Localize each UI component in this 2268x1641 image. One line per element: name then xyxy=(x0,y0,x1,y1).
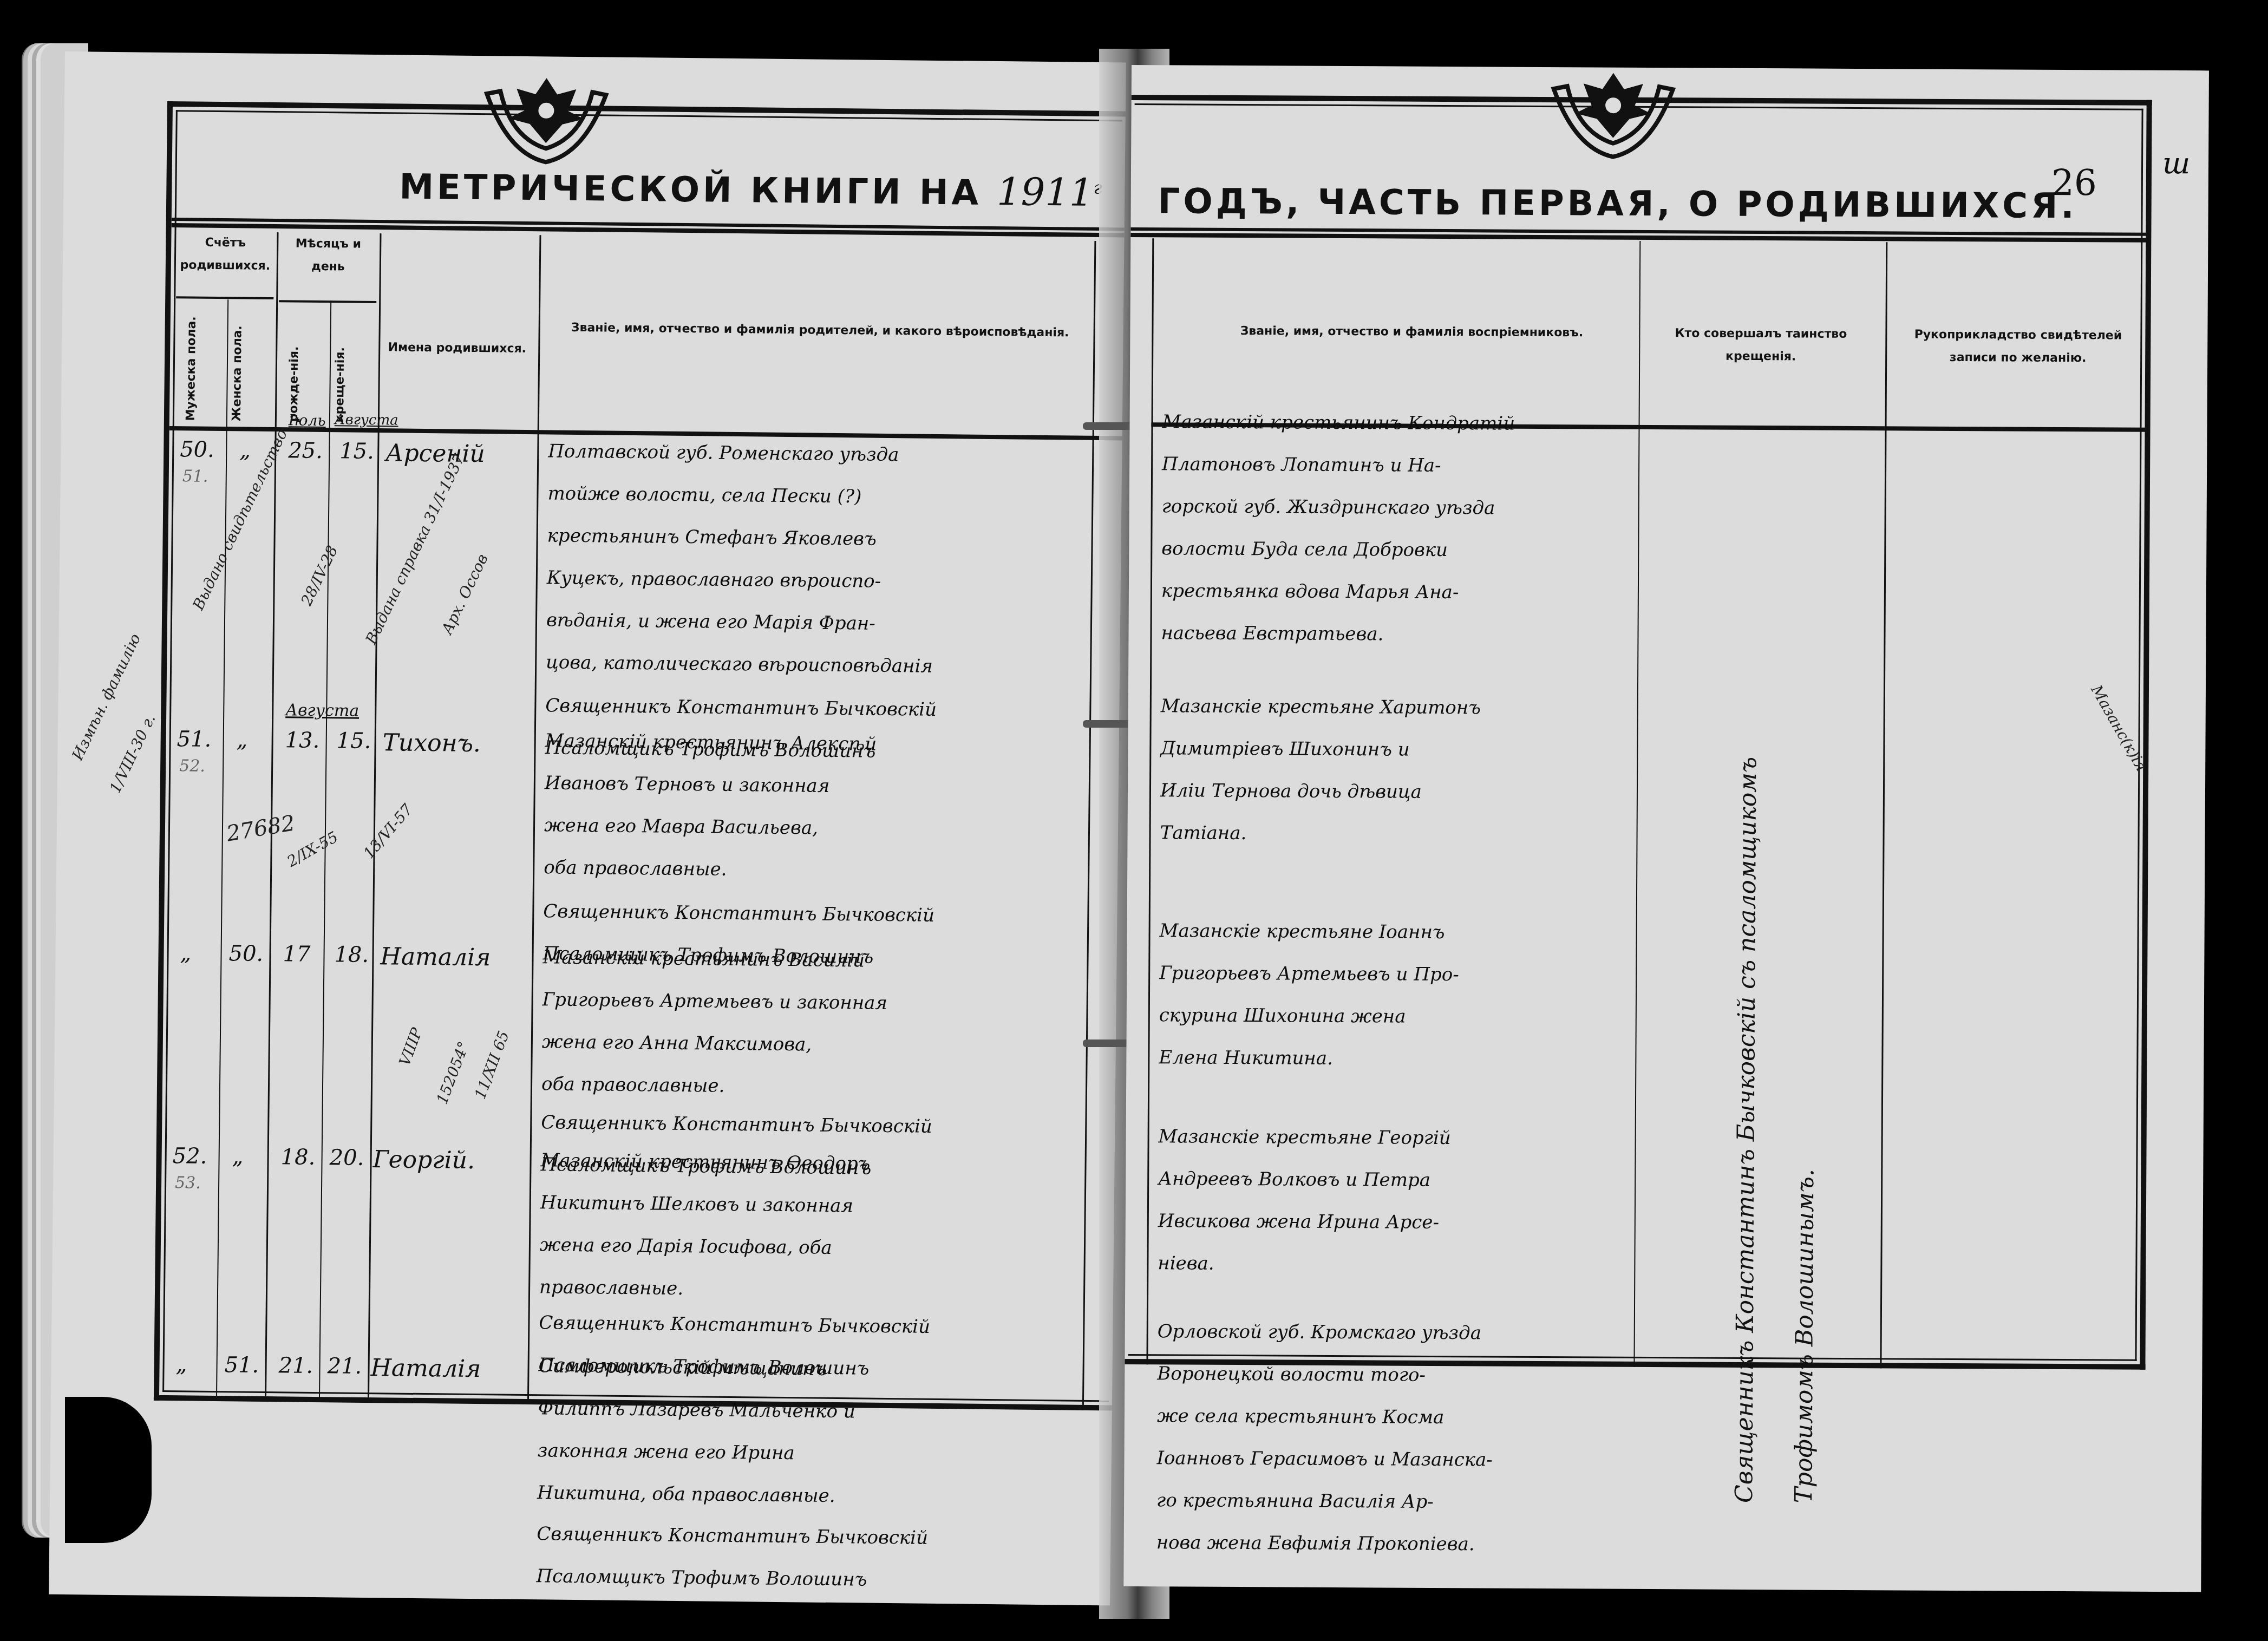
register-entry: 52. 53. „ 18. 20. Георгій. Мазанскій кре… xyxy=(65,51,1126,63)
male-number: 51. xyxy=(177,727,211,752)
child-name: Арсеній xyxy=(385,439,485,468)
parents-text: Полтавской губ. Роменскаго уѣзда тойже в… xyxy=(546,430,1090,689)
register-entry: 50. 51. „ 25. 15. Арсеній Полтавской губ… xyxy=(65,51,1126,63)
godparents-text: Мазанскіе крестьяне Георгій Андреевъ Вол… xyxy=(1158,1115,1630,1287)
parents-text: Мазанскій крестьянинъ Алексѣй Ивановъ Те… xyxy=(544,720,1087,894)
col-header-female: Женска пола. xyxy=(229,308,273,422)
male-number: 50. xyxy=(180,437,214,462)
left-page: МЕТРИЧЕСКОЙ КНИГИ НА 1911г Счётъ родивши… xyxy=(49,51,1126,1605)
godparents-text: Мазанскіе крестьяне Харитонъ Димитріевъ … xyxy=(1160,685,1632,857)
birth-day: 25. xyxy=(288,438,323,463)
baptism-day: 20. xyxy=(329,1145,364,1171)
register-entry: „ 51. 21. 21. Наталія Симферопольскій мѣ… xyxy=(65,51,1126,63)
printer-emblem-left xyxy=(475,72,617,166)
baptism-day: 15. xyxy=(339,439,374,464)
parents-text: Мазанскій крестьянинъ Василій Григорьевъ… xyxy=(541,936,1084,1110)
birth-day: 17 xyxy=(283,942,310,967)
printer-emblem-right xyxy=(1542,67,1684,160)
col-header-baptism: креще-нія. xyxy=(332,314,376,423)
month-baptism-1: Августа xyxy=(335,411,398,428)
col-header-date-group: Мѣсяцъ и день xyxy=(279,232,377,278)
month-birth-1: Іюль xyxy=(289,411,326,429)
female-number: 51. xyxy=(224,1352,259,1378)
female-number: „ xyxy=(232,1144,243,1169)
female-number: „ xyxy=(239,437,251,462)
parents-text: Симферопольскій мѣщанинъ Филиппъ Лазарев… xyxy=(537,1345,1080,1519)
godparents-text: Орловской губ. Кромскаго уѣзда Воронецко… xyxy=(1156,1310,1629,1566)
title-year: 1911 xyxy=(997,169,1094,215)
birth-day: 21. xyxy=(278,1353,313,1378)
performer-line-2: Трофимомъ Волошинымъ. xyxy=(1790,1016,1820,1503)
col-header-count-group: Счётъ родившихся. xyxy=(177,231,274,277)
baptism-day: 18. xyxy=(334,942,369,967)
male-number-correction: 53. xyxy=(175,1173,201,1192)
performer-line-1: Священникъ Константинъ Бычковскій съ пса… xyxy=(1730,447,1763,1503)
female-number: „ xyxy=(236,727,247,752)
col-header-godparents: Званіе, имя, отчество и фамилія воспріем… xyxy=(1195,320,1628,345)
col-header-birth: рожде-нія. xyxy=(286,313,330,422)
register-entry: 51. 52. „ 13. 15. Тихонъ. Мазанскій крес… xyxy=(65,51,1126,63)
col-header-performer: Кто совершалъ таинство крещенія. xyxy=(1644,322,1877,369)
page-title-right: ГОДЪ, ЧАСТЬ ПЕРВАЯ, О РОДИВШИХСЯ. xyxy=(1158,181,2077,226)
col-header-witnesses: Рукоприкладство свидѣтелей записи по жел… xyxy=(1893,323,2142,370)
page-title-left: МЕТРИЧЕСКОЙ КНИГИ НА 1911г xyxy=(399,163,1102,215)
clergy-text: Священникъ Константинъ Бычковскій Псалом… xyxy=(536,1513,1079,1603)
right-page: ГОДЪ, ЧАСТЬ ПЕРВАЯ, О РОДИВШИХСЯ. 26 ш З… xyxy=(1123,65,2209,1592)
month-birth-2: Августа xyxy=(285,701,359,720)
child-name: Наталія xyxy=(370,1354,481,1383)
parents-text: Мазанскій крестьянинъ Ѳеодоръ Никитинъ Ш… xyxy=(539,1139,1082,1313)
margin-note: 1/VIII-30 г. xyxy=(106,711,159,796)
col-header-names: Имена родившихся. xyxy=(381,336,533,361)
godparents-text: Мазанскіе крестьяне Іоаннъ Григорьевъ Ар… xyxy=(1159,910,1631,1081)
child-name: Тихонъ. xyxy=(382,729,481,757)
male-number: „ xyxy=(175,1352,187,1377)
double-headed-eagle-icon xyxy=(475,72,617,166)
male-number-correction: 52. xyxy=(179,756,205,775)
male-number: „ xyxy=(180,940,191,965)
birth-day: 13. xyxy=(285,728,319,753)
title-left-text: МЕТРИЧЕСКОЙ КНИГИ НА xyxy=(399,167,982,213)
birth-day: 18. xyxy=(280,1145,315,1170)
godparents-text: Мазанскій крестьянинъ Кондратій Платонов… xyxy=(1161,401,1633,657)
register-entry: „ 50. 17 18. Наталія Мазанскій крестьяни… xyxy=(65,51,1126,63)
baptism-day: 21. xyxy=(327,1354,362,1379)
child-name: Наталія xyxy=(380,943,491,971)
female-number: 50. xyxy=(228,941,263,966)
baptism-day: 15. xyxy=(336,728,371,754)
col-header-male: Мужеска пола. xyxy=(183,307,227,421)
child-name: Георгій. xyxy=(372,1146,475,1174)
double-headed-eagle-icon xyxy=(1542,67,1684,160)
male-number-correction: 51. xyxy=(182,467,208,486)
thumb-shadow xyxy=(65,1397,152,1543)
page-number: 26 xyxy=(2051,162,2097,204)
margin-mark: ш xyxy=(2162,146,2190,180)
male-number: 52. xyxy=(172,1143,207,1169)
